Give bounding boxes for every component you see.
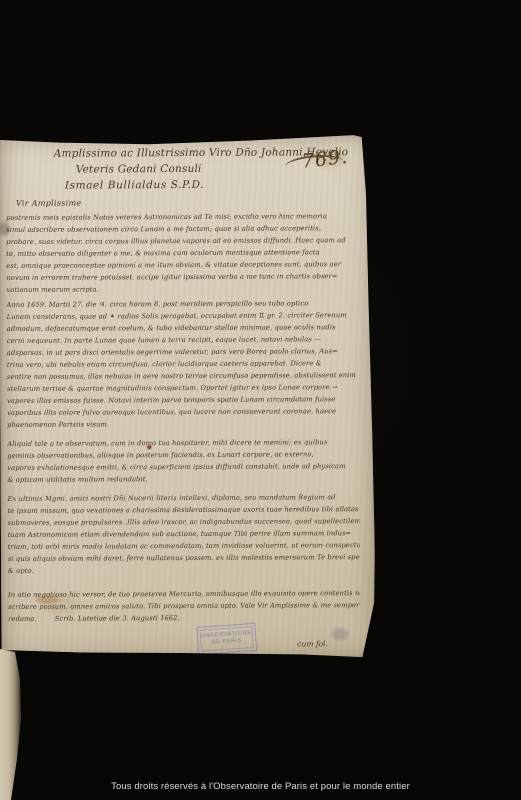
- salutation: Vir Amplissime: [16, 199, 82, 208]
- manuscript-line: redama. Scrib. Lutetiae die 3. Augusti 1…: [8, 611, 360, 625]
- manuscript-line: & opticam utilitatis multum redundabit.: [7, 472, 359, 486]
- letter-body: postremis meis epistolis Notas veteres A…: [6, 210, 360, 625]
- underlying-page-edge: [0, 649, 22, 800]
- manuscript-line: novum in errorem trahere potuisset. acci…: [6, 270, 358, 284]
- manuscript-line: si quis aliquis obviam mihi daret, ferre…: [8, 551, 360, 565]
- manuscript-line: phaenomenon Parisiis visum.: [7, 417, 359, 431]
- manuscript-page: Amplissimo ac Illustrissimo Viro Dño Joh…: [0, 133, 376, 661]
- manuscript-line: & opto.: [8, 563, 360, 577]
- manuscript-line: scribere possum. omnes amicos saluto. Ti…: [8, 599, 360, 613]
- observatory-stamp-text: OBSERVATOIRE DE PARIS: [200, 626, 254, 651]
- manuscript-line: vationum mearum scripta.: [6, 282, 358, 296]
- manuscript-line: vaporibus illis colore fulvo aureoque lu…: [7, 405, 359, 419]
- marginal-note: cum fol.: [297, 639, 328, 648]
- page-edge-sliver: [0, 76, 7, 136]
- observatory-stamp: OBSERVATOIRE DE PARIS: [196, 623, 257, 655]
- address-line: Ismael Bullialdus S.P.D.: [65, 176, 374, 194]
- manuscript-line: vapores exhalationesque emitti, & circa …: [7, 460, 359, 474]
- copyright-caption: Tous droits réservés à l'Observatoire de…: [0, 781, 521, 795]
- photo-canvas: Amplissimo ac Illustrissimo Viro Dño Joh…: [0, 0, 521, 800]
